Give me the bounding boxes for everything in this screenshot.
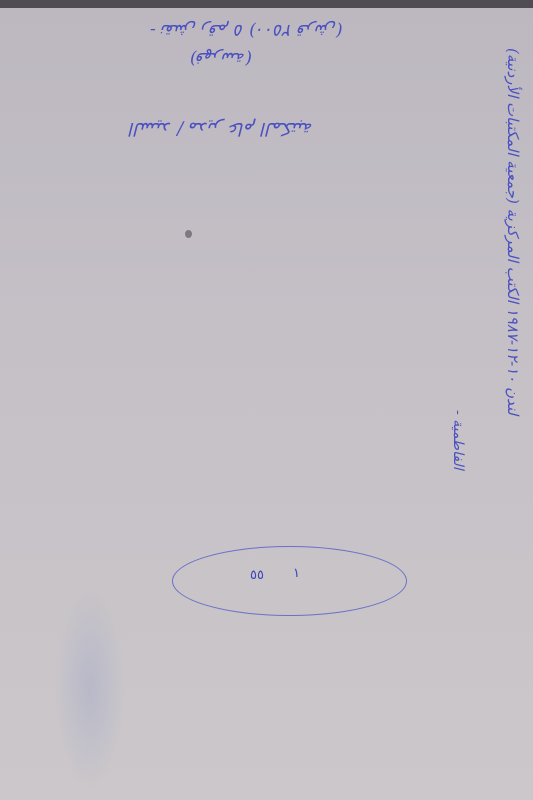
top-handwriting-line-1: (٢٥٠٠ قرش) نقش رقم ٥ - — [150, 20, 343, 40]
middle-column-handwriting: - الفاطمية — [450, 410, 466, 470]
top-handwriting-line-3: السيد / مدير عام المكتبة — [130, 118, 313, 139]
oval-stamp — [172, 546, 407, 616]
ink-spot — [185, 230, 192, 238]
oval-stamp-right-mark: ١ — [293, 566, 300, 581]
water-stain — [55, 588, 125, 788]
card-back: لندن ١٠-١٢-١٩٨٧ الكتب المركزية (جمعية ال… — [0, 8, 533, 800]
oval-stamp-left-mark: ٥٥ — [250, 568, 264, 583]
top-handwriting-line-2: (فهرسة) — [190, 48, 252, 68]
right-column-handwriting: لندن ١٠-١٢-١٩٨٧ الكتب المركزية (جمعية ال… — [504, 48, 522, 415]
